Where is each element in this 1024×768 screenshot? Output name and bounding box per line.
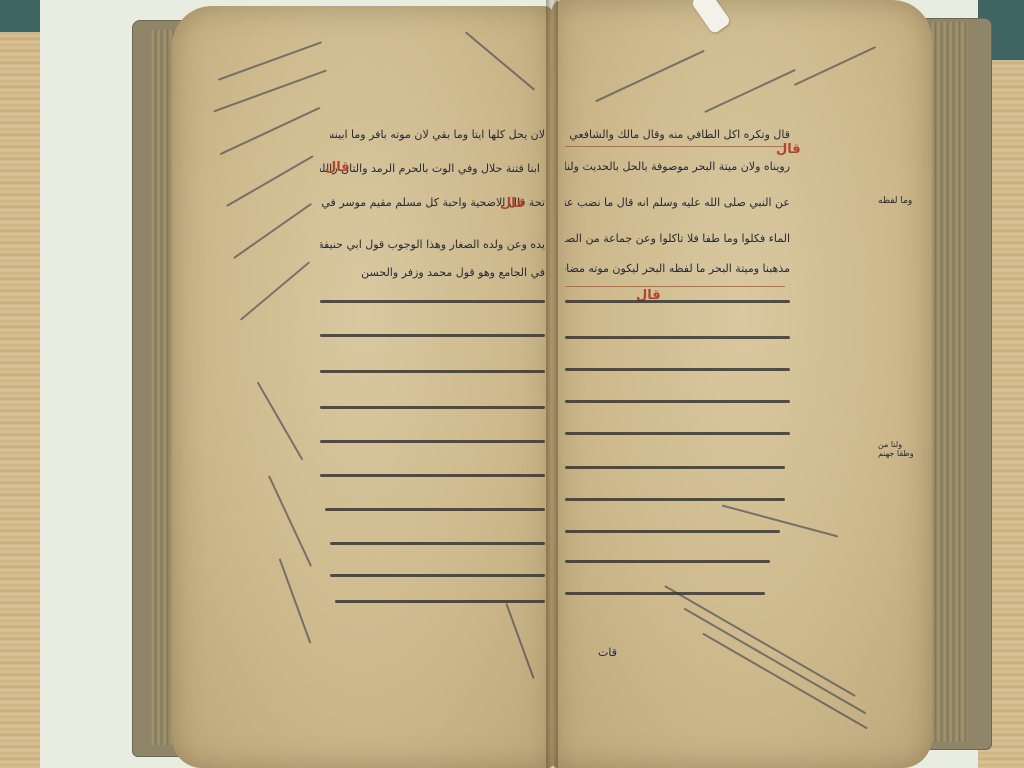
margin-note-text: ولنا من وطقا جهنم [878, 440, 914, 458]
ink-line [320, 440, 545, 443]
ink-line [320, 300, 545, 303]
ink-line [330, 542, 545, 545]
ink-line [320, 370, 545, 373]
ink-line [565, 432, 790, 435]
left-rubric-word: قال [325, 160, 350, 175]
right-text-line: قال وتكره اكل الطافي منه وقال مالك والشا… [565, 128, 790, 142]
ink-line [565, 530, 780, 533]
ink-line [320, 406, 545, 409]
rubric-underline [565, 286, 785, 287]
bottom-catchword: قات [598, 646, 617, 659]
ink-line [565, 592, 765, 595]
rubric-underline [565, 146, 785, 147]
ink-line [565, 400, 790, 403]
ink-line [335, 600, 545, 603]
ink-line [320, 474, 545, 477]
left-page [172, 6, 554, 768]
right-text-line: عن النبي صلى الله عليه وسلم انه قال ما ن… [565, 196, 790, 210]
left-text-line: لان يحل كلها ايتا وما بقي لان موته بافر … [330, 128, 545, 142]
right-text-line: مذهبنا وميتة البحر ما لفظه البحر ليكون م… [565, 262, 790, 276]
book-gutter [546, 0, 558, 768]
ink-line [325, 508, 545, 511]
ink-line [330, 574, 545, 577]
left-text-line: يده وعن ولده الصغار وهذا الوجوب قول ابي … [320, 238, 545, 252]
ink-line [565, 368, 790, 371]
ink-line [565, 498, 785, 501]
ink-line [565, 560, 770, 563]
ink-line [565, 336, 790, 339]
right-rubric-word: قال [776, 142, 801, 157]
wooden-table-left [0, 32, 40, 768]
left-text-line: ابنا فتنة حلال وفي الوت بالحرم الرمد وال… [320, 162, 540, 176]
right-text-line: رويناه ولان ميتة البحر موصوفة بالحل بالح… [565, 160, 790, 174]
left-rubric-word: قال [500, 196, 525, 211]
teal-background-top-left [0, 0, 40, 32]
ink-line [565, 466, 785, 469]
right-text-line: الماء فكلوا وما طفا فلا تاكلوا وعن جماعة… [565, 232, 790, 246]
left-text-line: في الجامع وهو قول محمد وزفر والحسن [320, 266, 545, 280]
margin-note-text: وما لفظه [878, 196, 912, 206]
ink-line [320, 334, 545, 337]
ink-line [565, 300, 790, 303]
